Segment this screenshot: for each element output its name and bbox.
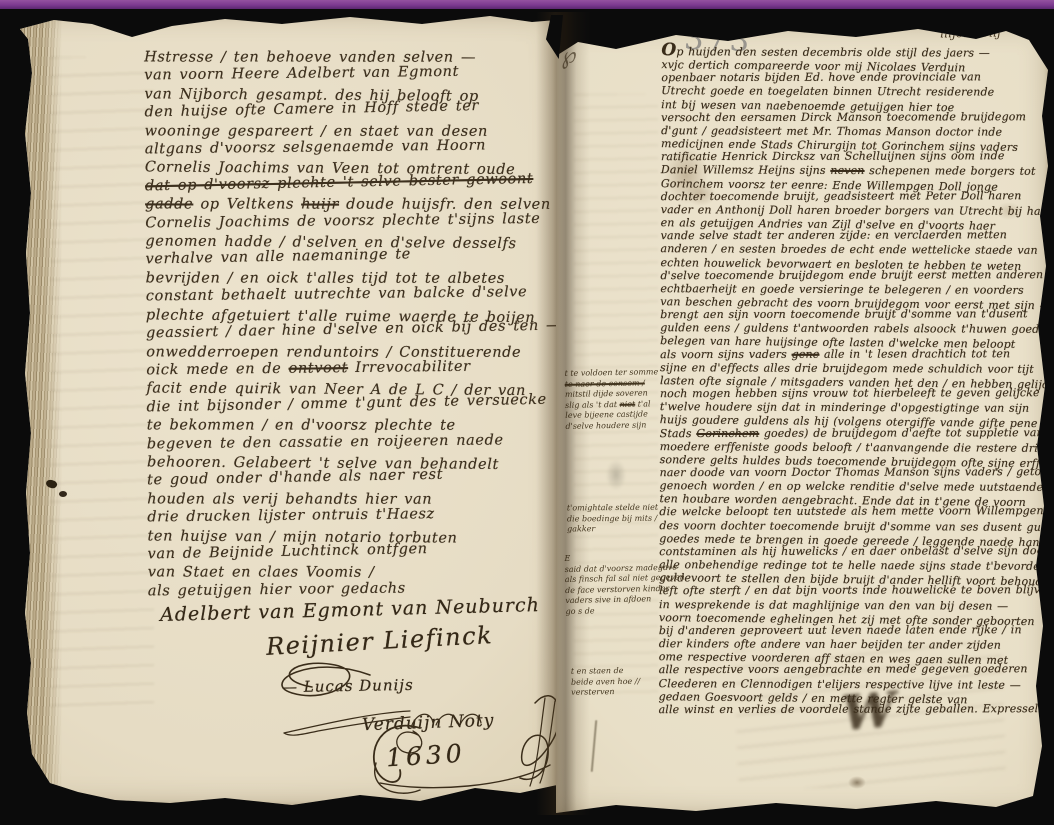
- manuscript-line: d'selve houdere sijn: [565, 420, 665, 432]
- paraph-mark: ℘: [558, 43, 578, 71]
- manuscript-line: die boedinge bij mits /: [567, 513, 667, 524]
- smudge: [606, 460, 626, 490]
- marginal-note: t'omightale stelde nietdie boedinge bij …: [567, 503, 667, 536]
- manuscript-line: moedere erffeniste goods belooft / t'aan…: [660, 440, 1048, 455]
- right-page-text-block: Op huijden den sesten decembris olde sti…: [659, 44, 1050, 718]
- manuscript-line: dochter toecomende bruijt, geadsisteert …: [661, 189, 1049, 203]
- manuscript-line: d'selve toecomende bruijdegom ende bruij…: [660, 268, 1048, 282]
- manuscript-line: oick mede en de ontvoet Irrevocabiliter: [146, 357, 552, 380]
- manuscript-line: alle winst en verlies de voordele stande…: [659, 702, 1047, 716]
- manuscript-line: alle respective voors aengebrachte en me…: [659, 662, 1047, 676]
- manuscript-line: constant bethaelt uutrechte van balcke d…: [146, 283, 552, 306]
- marginal-note: t en staen debeide aven hoe //versterven: [571, 665, 671, 698]
- show-through-ghost: [50, 57, 154, 717]
- signature-reijnier: Reijnier Liefinck: [265, 621, 493, 661]
- manuscript-spread: Hstresse / ten behoeve vanden selven —va…: [0, 0, 1054, 825]
- manuscript-line: ratificatie Henrick Dircksz van Schellui…: [661, 149, 1049, 163]
- manuscript-line: altgans d'voorsz selsgenaemde van Hoorn: [145, 136, 551, 159]
- manuscript-line: Cornelis Joachims de voorsz plechte t'si…: [145, 209, 551, 232]
- signature-lucas: — Lucas Dunijs: [282, 676, 414, 696]
- manuscript-line: des voorn dochter toecomende bruijt d'so…: [659, 519, 1047, 534]
- manuscript-line: openbaer notaris bijden Ed. hove ende pr…: [661, 70, 1049, 84]
- manuscript-line: Daniel Willemsz Heijns sijns neven schep…: [661, 164, 1049, 179]
- leaf-stack-edge: [20, 13, 62, 805]
- manuscript-line: Cleederen en Clennodigen t'elijers respe…: [659, 677, 1047, 692]
- manuscript-line: in wesprekende is dat maghlijnige van de…: [659, 598, 1047, 613]
- manuscript-line: brengt aen sijn voorn toecomende bruijt …: [660, 307, 1048, 321]
- manuscript-line: Op huijden den sesten decembris olde sti…: [661, 44, 1049, 60]
- manuscript-line: left ofte sterft / en dat bijn voorts in…: [659, 584, 1047, 598]
- manuscript-line: versterven: [571, 686, 671, 698]
- right-page: W 373 iiijc. lxviij ℘ Op huijden den ses…: [556, 24, 1048, 815]
- left-page-text-block: Hstresse / ten behoeve vanden selven —va…: [144, 46, 554, 601]
- manuscript-line: contstaminen als hij huwelicks / en daer…: [659, 544, 1047, 558]
- signature-year: 1630: [385, 739, 466, 773]
- manuscript-line: vader en Anthonij Doll haren broeder bor…: [661, 203, 1049, 218]
- manuscript-line: van voorn Heere Adelbert van Egmont: [144, 62, 550, 85]
- manuscript-line: echtbaerheijt en goede versieringe te be…: [660, 282, 1048, 297]
- paper-crack: [591, 720, 598, 772]
- top-binding-strip: [0, 0, 1054, 9]
- manuscript-line: versocht den eersamen Dirck Manson toeco…: [661, 110, 1049, 124]
- manuscript-line: drie drucken lijster ontruis t'Haesz: [147, 504, 553, 527]
- manuscript-line: als voorn sijns vaders gene alle in 't l…: [660, 347, 1048, 361]
- manuscript-line: gakker: [567, 524, 667, 535]
- marginal-note: Esaid dat d'voorsz madegaveals finsch fa…: [564, 552, 665, 618]
- manuscript-line: Stads Gorinchem goedes) de bruijdegom d'…: [660, 426, 1048, 440]
- manuscript-line: sijne en d'effects alles drie bruijdegom…: [660, 361, 1048, 376]
- manuscript-line: die welcke beloopt ten uutstede als hem …: [659, 505, 1047, 519]
- left-page: Hstresse / ten behoeve vanden selven —va…: [20, 13, 557, 805]
- manuscript-line: go s de: [565, 605, 665, 618]
- manuscript-line: vaders sive in afdoen: [565, 594, 665, 607]
- manuscript-line: naer doode van voorn Doctor Thomas Manso…: [660, 465, 1048, 479]
- signature-notary: Verduijn Noty: [362, 711, 495, 736]
- manuscript-line: bij d'anderen geproveert uut leven naede…: [659, 623, 1047, 637]
- manuscript-line: vande selve stadt ter anderen zijde: en …: [661, 228, 1049, 242]
- stain: [848, 776, 866, 789]
- manuscript-line: begeven te den cassatie en roijeeren nae…: [147, 430, 553, 453]
- ink-folio-number: iiijc. lxviij: [940, 24, 1001, 40]
- manuscript-line: Utrecht goede en toegelaten binnen Utrec…: [661, 85, 1049, 100]
- manuscript-line: noch mogen hebben sijns vrouw tot hierbe…: [660, 386, 1048, 400]
- manuscript-line: anderen / en sesten broedes de echt ende…: [661, 242, 1049, 257]
- manuscript-line: d'gunt / geadsisteert met Mr. Thomas Man…: [661, 124, 1049, 139]
- marginal-note: t te voldoen ter sommete naer de consom …: [564, 367, 665, 432]
